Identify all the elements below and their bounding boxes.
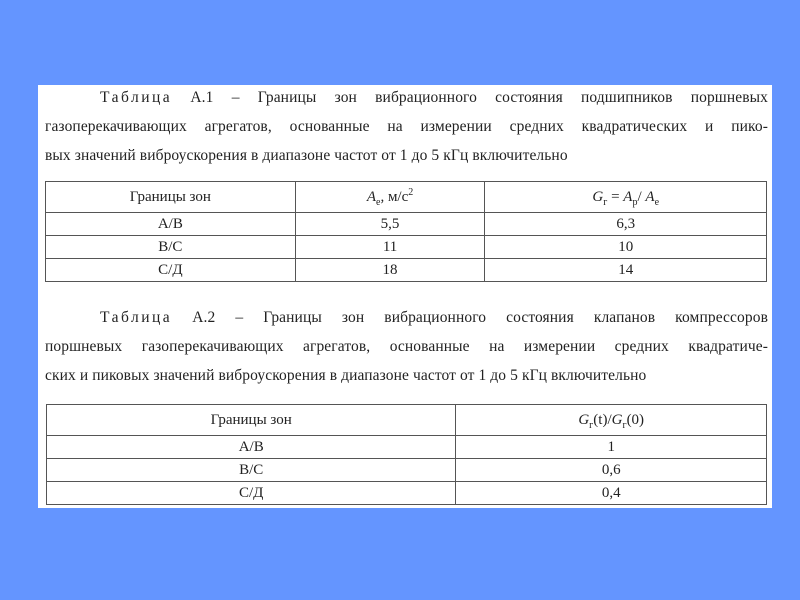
table2-header-zone-boundaries: Границы зон <box>47 405 456 436</box>
table1-header-gr: Gг = Ap/ Ae <box>485 182 767 213</box>
table-row: А/В 1 <box>47 436 767 459</box>
table1-caption-line-1: Таблица А.1 – Границы зон вибрационного … <box>45 83 768 112</box>
table1: Границы зон Ae, м/с2 Gг = Ap/ Ae А/В 5,5… <box>45 181 767 282</box>
zone-cell: А/В <box>47 436 456 459</box>
table-row: А/В 5,5 6,3 <box>46 213 767 236</box>
caption-dash: – <box>232 89 240 106</box>
table2-caption: Таблица А.2 – Границы зон вибрационного … <box>45 303 768 390</box>
table2-caption-number: А.2 <box>192 309 215 326</box>
table2: Границы зон Gг(t)/Gг(0) А/В 1 В/С 0,6 С/… <box>46 404 767 505</box>
table2-caption-text: Границы зон вибрационного состояния клап… <box>263 309 768 326</box>
table1-header-row: Границы зон Ae, м/с2 Gг = Ap/ Ae <box>46 182 767 213</box>
table-row: С/Д 18 14 <box>46 259 767 282</box>
ae-cell: 5,5 <box>295 213 485 236</box>
caption-dash: – <box>235 309 243 326</box>
table2-caption-line-2: поршневых газоперекачивающих агрегатов, … <box>45 332 768 361</box>
table1-caption-text: Границы зон вибрационного состояния подш… <box>258 89 768 106</box>
table-row: В/С 11 10 <box>46 236 767 259</box>
table-row: В/С 0,6 <box>47 459 767 482</box>
gr-cell: 10 <box>485 236 767 259</box>
table2-caption-line-3: ских и пиковых значений виброускорения в… <box>45 361 768 390</box>
zone-cell: В/С <box>46 236 296 259</box>
gr-cell: 14 <box>485 259 767 282</box>
table1-header-zone-boundaries: Границы зон <box>46 182 296 213</box>
table-row: С/Д 0,4 <box>47 482 767 505</box>
zone-cell: А/В <box>46 213 296 236</box>
zone-cell: С/Д <box>47 482 456 505</box>
table1-caption-number: А.1 <box>190 89 213 106</box>
zone-cell: С/Д <box>46 259 296 282</box>
zone-cell: В/С <box>47 459 456 482</box>
gr-cell: 6,3 <box>485 213 767 236</box>
ratio-cell: 0,4 <box>456 482 767 505</box>
table1-header-ae: Ae, м/с2 <box>295 182 485 213</box>
table2-header-gr-ratio: Gг(t)/Gг(0) <box>456 405 767 436</box>
table2-header-row: Границы зон Gг(t)/Gг(0) <box>47 405 767 436</box>
table1-caption-line-3: вых значений виброускорения в диапазоне … <box>45 141 768 170</box>
ae-cell: 18 <box>295 259 485 282</box>
table1-caption-label: Таблица <box>100 89 172 106</box>
table2-caption-label: Таблица <box>100 309 172 326</box>
ae-cell: 11 <box>295 236 485 259</box>
table1-caption: Таблица А.1 – Границы зон вибрационного … <box>45 83 768 170</box>
table2-caption-line-1: Таблица А.2 – Границы зон вибрационного … <box>45 303 768 332</box>
table1-caption-line-2: газоперекачивающих агрегатов, основанные… <box>45 112 768 141</box>
ratio-cell: 1 <box>456 436 767 459</box>
ratio-cell: 0,6 <box>456 459 767 482</box>
document-page: Таблица А.1 – Границы зон вибрационного … <box>38 85 772 508</box>
